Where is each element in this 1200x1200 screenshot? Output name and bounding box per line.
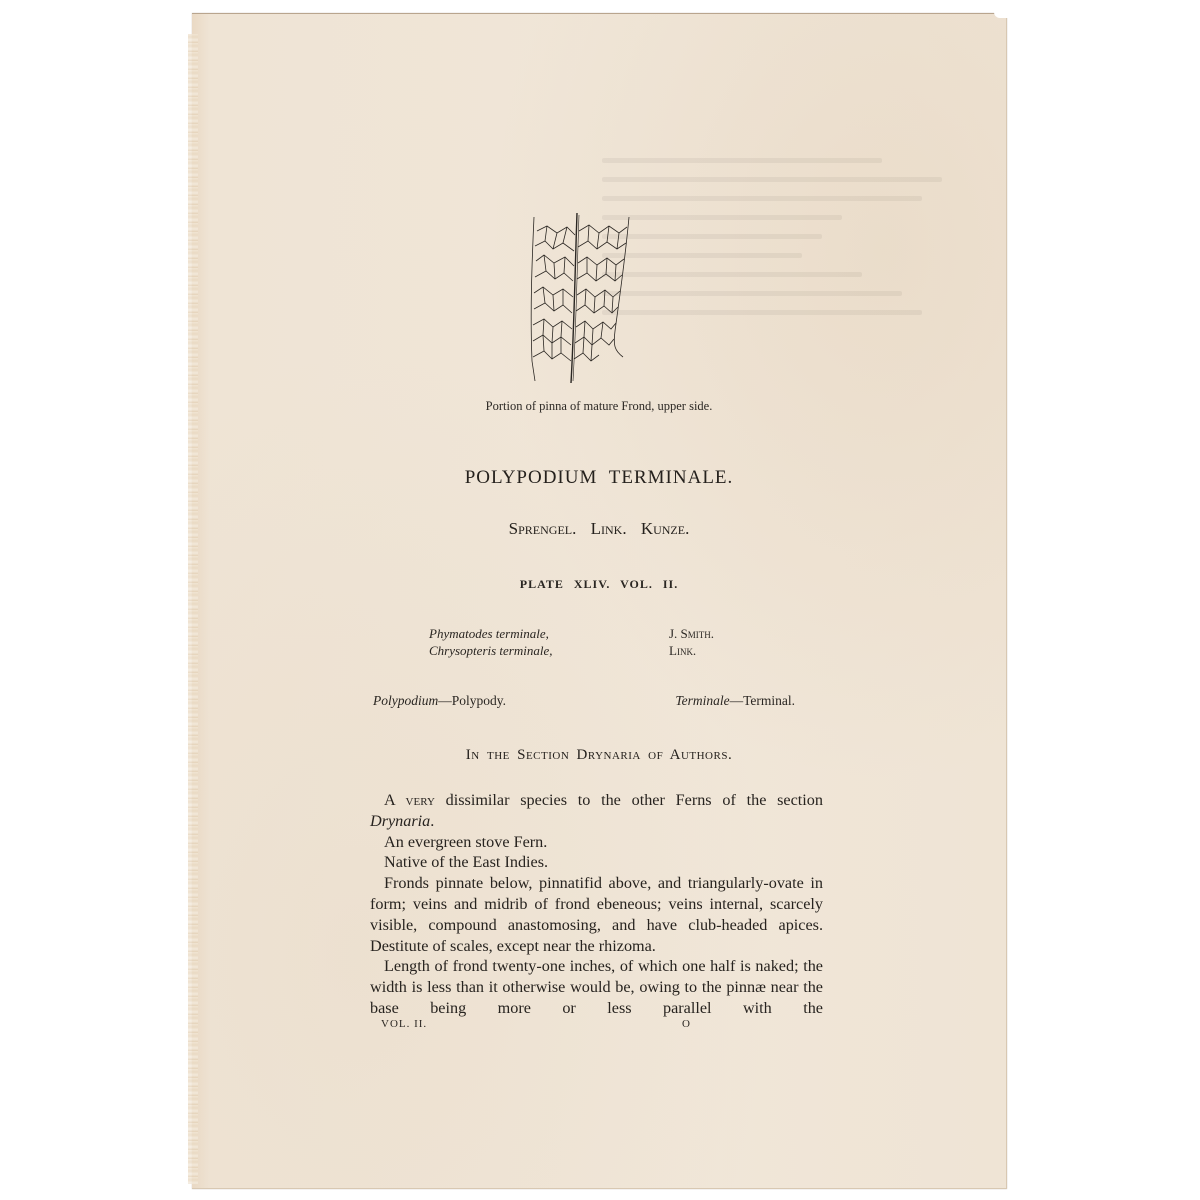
- paragraph: Fronds pinnate below, pinnatifid above, …: [370, 873, 823, 956]
- synonym-name: Phymatodes terminale,: [429, 625, 549, 642]
- page-title: POLYPODIUM TERMINALE.: [192, 467, 1006, 489]
- synonym-row: Phymatodes terminale, J. Smith.: [429, 625, 769, 642]
- volume-number: VOL. II.: [620, 577, 678, 591]
- book-page: Portion of pinna of mature Frond, upper …: [192, 13, 1007, 1189]
- body-text: A very dissimilar species to the other F…: [370, 790, 823, 1019]
- signature-mark: O: [682, 1018, 691, 1030]
- footer-volume: VOL. II.: [381, 1018, 427, 1030]
- fern-pinna-engraving-icon: [527, 211, 647, 386]
- etymology-line: Polypodium—Polypody. Terminale—Terminal.: [373, 693, 795, 709]
- paragraph-text: dissimilar species to the other Ferns of…: [435, 791, 823, 809]
- synonym-name: Chrysopteris terminale,: [429, 642, 553, 659]
- genus-latin: Polypodium: [373, 693, 438, 708]
- paragraph: Length of frond twenty-one inches, of wh…: [370, 956, 823, 1018]
- plate-number: PLATE XLIV.: [520, 577, 611, 591]
- species-latin: Terminale: [675, 693, 729, 708]
- paragraph: An evergreen stove Fern.: [370, 832, 823, 853]
- synonym-list: Phymatodes terminale, J. Smith. Chrysopt…: [429, 625, 769, 659]
- page-footer: VOL. II. O: [381, 1018, 691, 1030]
- species-etymology: Terminale—Terminal.: [675, 693, 795, 709]
- genus-english: —Polypody.: [438, 693, 506, 708]
- authority-names: Sprengel. Link. Kunze.: [192, 519, 1006, 539]
- genus-etymology: Polypodium—Polypody.: [373, 693, 506, 709]
- paragraph: A very dissimilar species to the other F…: [370, 790, 823, 832]
- genus-italic: Drynaria: [370, 812, 430, 830]
- paragraph: Native of the East Indies.: [370, 852, 823, 873]
- paragraph-end: .: [430, 812, 434, 830]
- species-english: —Terminal.: [730, 693, 795, 708]
- lead-words: A very: [384, 791, 435, 809]
- section-heading: In the Section Drynaria of Authors.: [192, 747, 1006, 764]
- synonym-author: Link.: [669, 642, 769, 659]
- synonym-row: Chrysopteris terminale, Link.: [429, 642, 769, 659]
- torn-corner: [994, 12, 1008, 18]
- bleed-through-text: [602, 144, 1002, 404]
- figure-caption: Portion of pinna of mature Frond, upper …: [192, 399, 1006, 414]
- plate-reference: PLATE XLIV. VOL. II.: [192, 577, 1006, 592]
- synonym-author: J. Smith.: [669, 625, 769, 642]
